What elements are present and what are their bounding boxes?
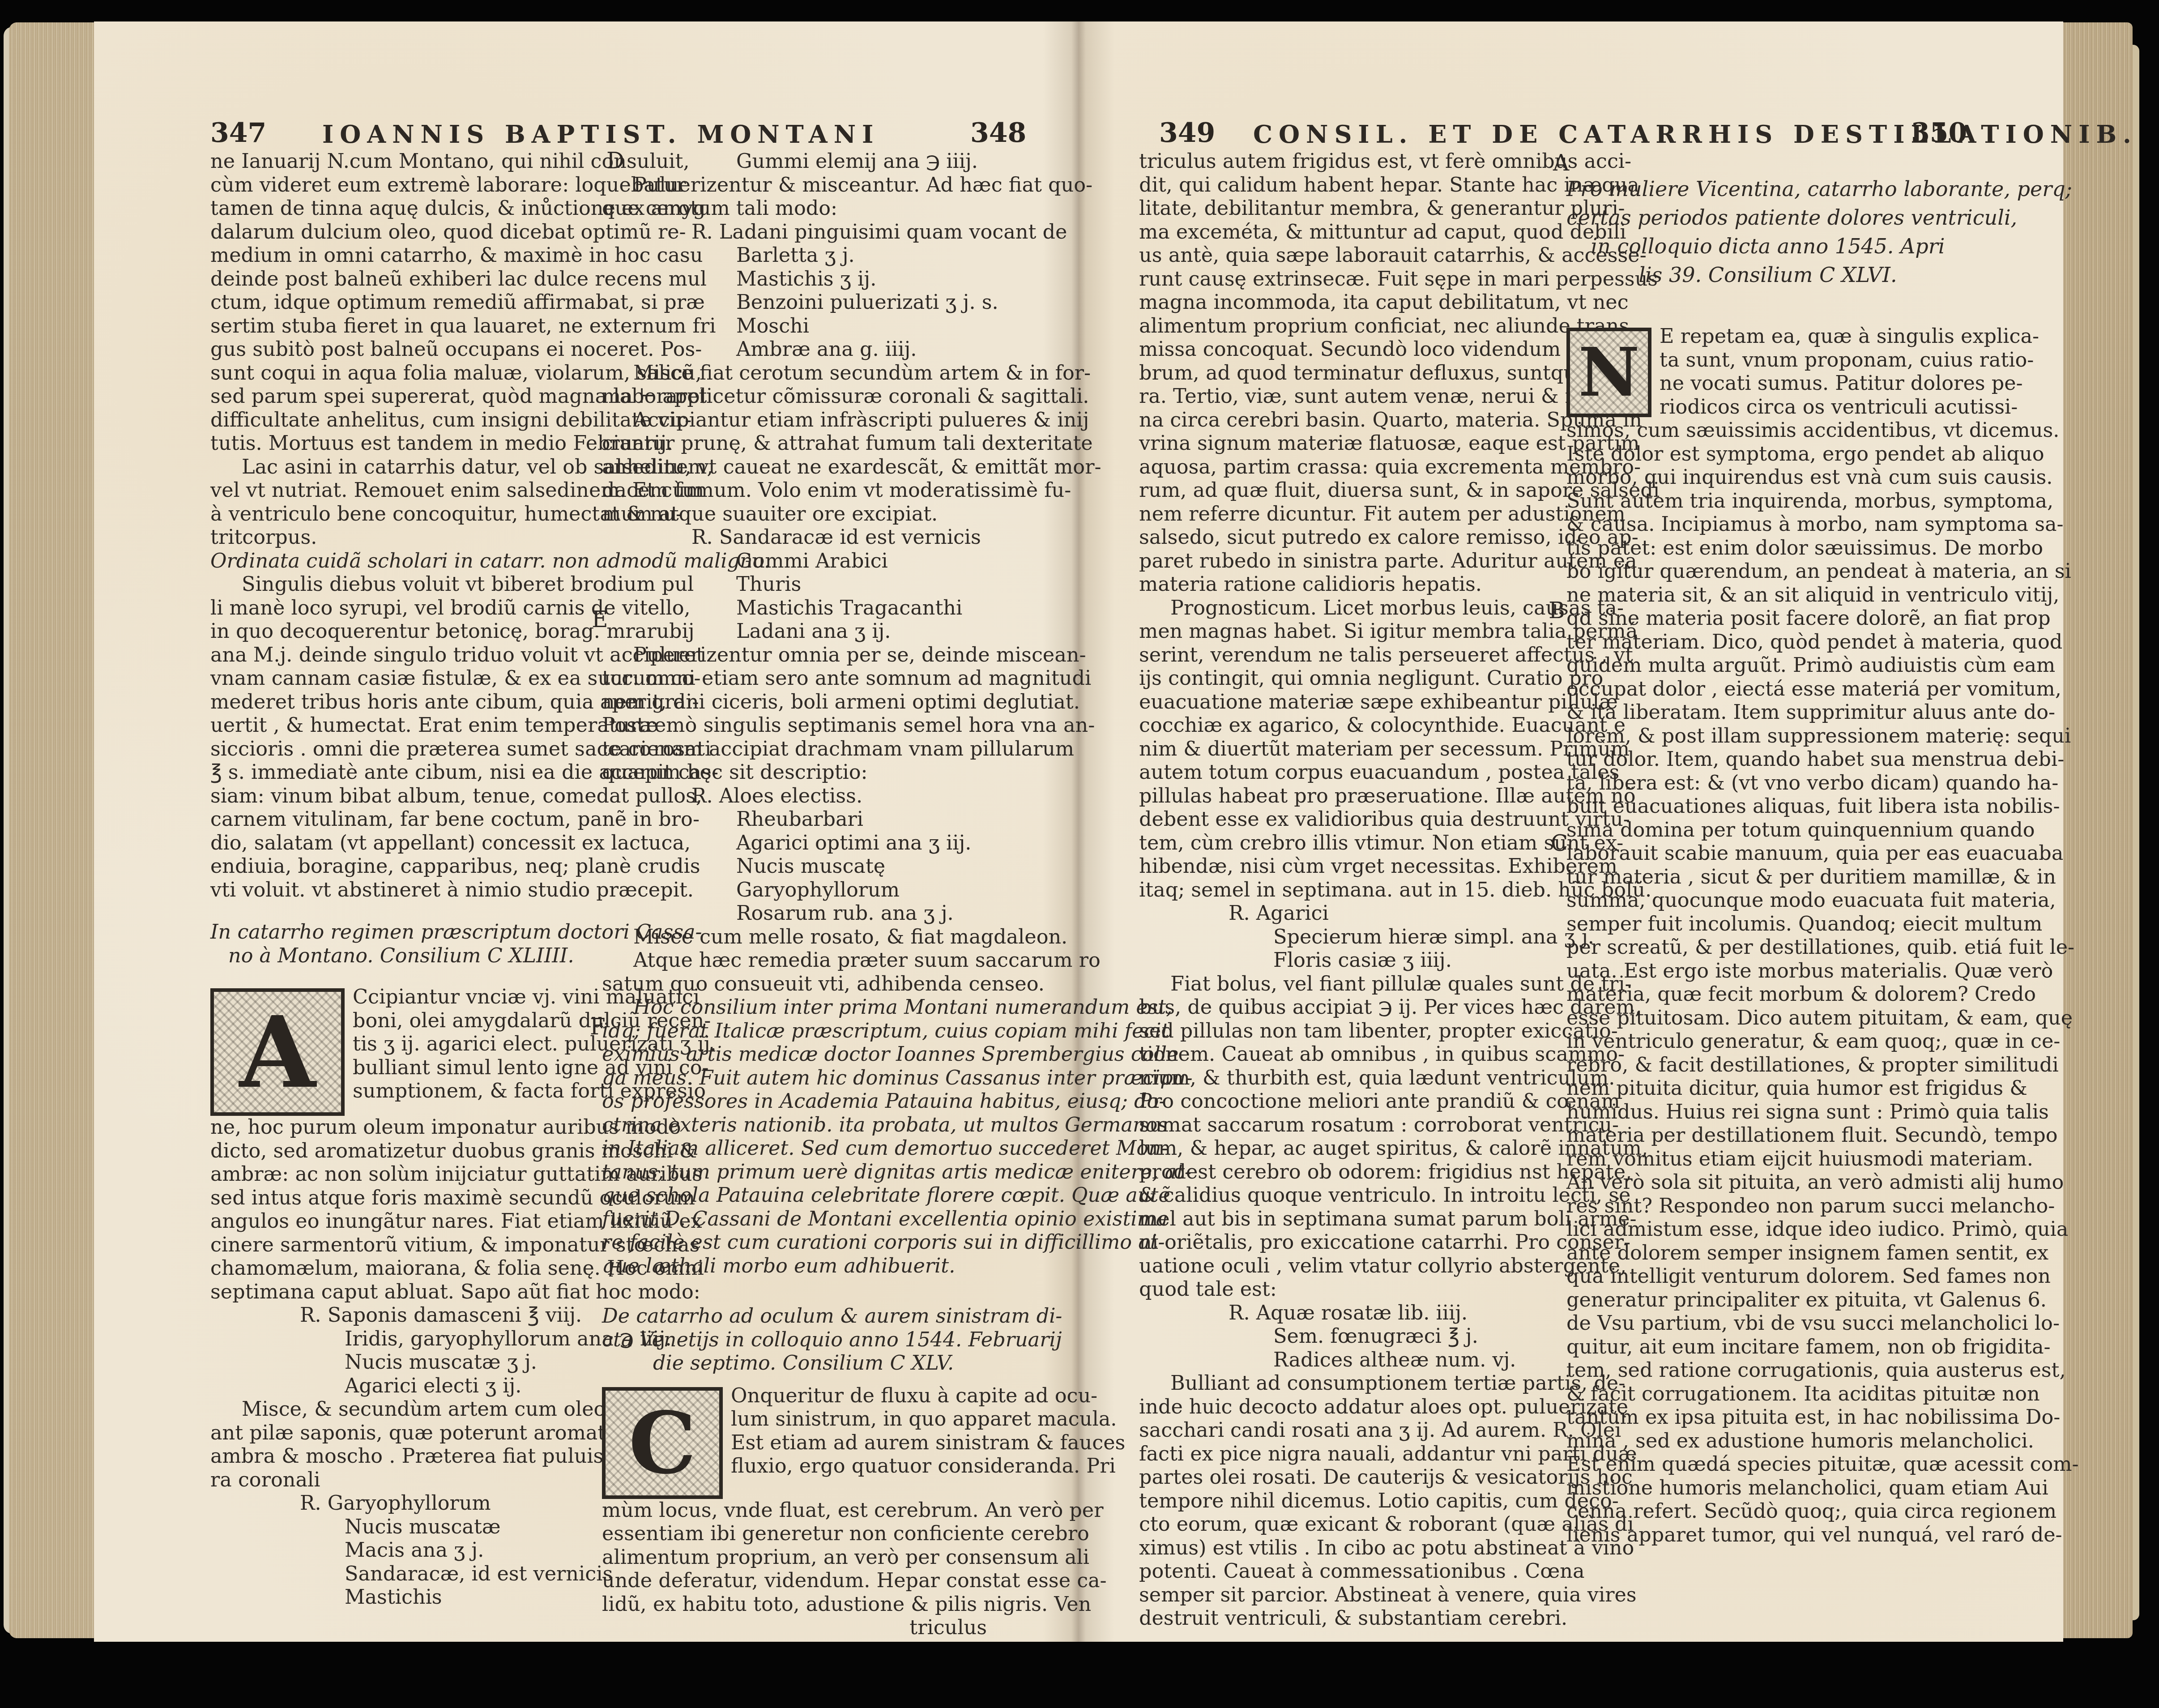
text-line: qđ sine materia posit facere dolorẽ, an … bbox=[1566, 607, 1969, 631]
text-line: litate, debilitantur membra, & generantu… bbox=[1139, 197, 1542, 221]
text-line: na circa cerebri basin. Quarto, materia.… bbox=[1139, 409, 1542, 432]
text-line: materia per destillationem fluit. Secund… bbox=[1566, 1124, 1969, 1148]
recipe-cerotum: R. Ladani pinguisimi quam vocant de Barl… bbox=[602, 221, 1005, 362]
text-line: partes olei rosati. De cauterijs & vesic… bbox=[1139, 1466, 1542, 1490]
text-line: nem pituita dicitur, quia humor est frig… bbox=[1566, 1077, 1969, 1101]
text-line: carnem vitulinam, far bene coctum, panẽ … bbox=[210, 808, 595, 832]
recipe-line: Gummi Arabici bbox=[602, 550, 1005, 573]
text-line: ante dolorem semper insignem famen senti… bbox=[1566, 1242, 1969, 1265]
text-line: de Vsu partium, vbi de vsu succi melanch… bbox=[1566, 1312, 1969, 1336]
text-line: esse pituitosam. Dico autem pituitam, & … bbox=[1566, 1007, 1969, 1030]
text-line: rem vomitus etiam eijcit huiusmodi mater… bbox=[1566, 1148, 1969, 1171]
text-line: cto eorum, quæ exicant & roborant (quæ a… bbox=[1139, 1513, 1542, 1537]
paragraph-triculus: triculus autem frigidus est, vt ferè omn… bbox=[1139, 150, 1542, 597]
text-line: os professores in Academia Patauina habi… bbox=[602, 1090, 1005, 1114]
text-line: tur dolor. Item, quando habet sua menstr… bbox=[1566, 748, 1969, 772]
heading-line: certas periodos patiente dolores ventric… bbox=[1566, 203, 1969, 232]
text-line: Misce cum melle rosato, & fiat magdaleon… bbox=[602, 926, 1005, 949]
text-line: alimentum proprium, an verò per consensu… bbox=[602, 1546, 1005, 1570]
text-line: siam: vinum bibat album, tenue, comedat … bbox=[210, 785, 595, 808]
text-line: ctum, idque optimum remediũ affirmabat, … bbox=[210, 291, 595, 315]
recipe-line: Moschi bbox=[602, 315, 1005, 338]
text-line: lici admistum esse, idque ideo iudico. P… bbox=[1566, 1218, 1969, 1242]
text-line: in Italiam alliceret. Sed cum demortuo s… bbox=[602, 1137, 1005, 1161]
text-line: medium in omni catarrho, & maximè in hoc… bbox=[210, 244, 595, 268]
consilium-144-heading: In catarrho regimen præscriptum doctori … bbox=[210, 921, 595, 968]
text-line: Bulliant ad consumptionem tertiæ partis,… bbox=[1139, 1372, 1542, 1396]
text-line: dicto, sed aromatizetur duobus granis mo… bbox=[210, 1140, 595, 1163]
recipe-puluis: R. Garyophyllorum Nucis muscatæ Macis an… bbox=[210, 1492, 595, 1610]
text-line: potenti. Caueat à commessationibus . Cœn… bbox=[1139, 1560, 1542, 1584]
text-line: inde huic decocto addatur aloes opt. pul… bbox=[1139, 1396, 1542, 1419]
text-line: dit, qui calidum habent hepar. Stante ha… bbox=[1139, 174, 1542, 197]
text-line: salsedo, sicut putredo ex calore remisso… bbox=[1139, 526, 1542, 550]
text-line: pillulas habeat pro præseruatione. Illæ … bbox=[1139, 785, 1542, 808]
text-line: nem referre dicuntur. Fit autem per adus… bbox=[1139, 503, 1542, 526]
text-line: generatur principaliter ex pituita, vt G… bbox=[1566, 1289, 1969, 1312]
text-line: Lac asini in catarrhis datur, vel ob sal… bbox=[210, 456, 595, 479]
text-line: sacchari candi rosati ana ʒ ij. Ad aurem… bbox=[1139, 1419, 1542, 1443]
recipe-line: Macis ana ʒ j. bbox=[210, 1539, 595, 1563]
text-line: sed parum spei supererat, quòd magna lab… bbox=[210, 385, 595, 409]
heading-line: Pro muliere Vicentina, catarrho laborant… bbox=[1566, 175, 1969, 203]
text-line: men magnas habet. Si igitur membra talia… bbox=[1139, 620, 1542, 644]
text-line: Prognosticum. Licet morbus leuis, causas… bbox=[1139, 597, 1542, 620]
text-line: tantùm ex ipsa pituita est, in hac nobil… bbox=[1566, 1406, 1969, 1430]
text-line: ne Ianuarij N.cum Montano, qui nihil con… bbox=[210, 150, 595, 174]
paragraph-prognosticum: Prognosticum. Licet morbus leuis, causas… bbox=[1139, 597, 1542, 902]
text-line: ana M.j. deinde singulo triduo voluit vt… bbox=[210, 644, 595, 667]
text-line: ijs contingit, qui omnia negligunt. Cura… bbox=[1139, 667, 1542, 691]
text-line: ni oriẽtalis, pro exiccatione catarrhi. … bbox=[1139, 1231, 1542, 1255]
text-line: re facilè est cum curationi corporis sui… bbox=[602, 1231, 1005, 1255]
heading-line: die septimo. Consilium C XLV. bbox=[602, 1352, 1005, 1375]
text-line: ℥ s. immediatè ante cibum, nisi ea die a… bbox=[210, 761, 595, 785]
right-page-column-2: Pro muliere Vicentina, catarrho laborant… bbox=[1566, 175, 1969, 1547]
text-line: angulos eo inungãtur nares. Fiat etiam l… bbox=[210, 1210, 595, 1234]
text-line: semper fuit incolumis. Quandoq; eiecit m… bbox=[1566, 913, 1969, 936]
text-line: mum atque suauiter ore excipiat. bbox=[602, 503, 1005, 526]
text-line: ciantur prunę, & attrahat fumum tali dex… bbox=[602, 432, 1005, 456]
catchword: triculus bbox=[602, 1616, 1005, 1640]
running-head-left: IOANNIS BAPTIST. MONTANI bbox=[322, 120, 879, 149]
text-line: nium, & thurbith est, quia lædunt ventri… bbox=[1139, 1067, 1542, 1090]
text-line: tionem. Caueat ab omnibus , in quibus sc… bbox=[1139, 1043, 1542, 1067]
text-line: paret rubedo in sinistra parte. Aduritur… bbox=[1139, 550, 1542, 573]
text-line: mel aut bis in septimana sumat parum bol… bbox=[1139, 1208, 1542, 1231]
text-line: qua intelligit venturum dolorem. Sed fam… bbox=[1566, 1265, 1969, 1289]
text-line: vrina signum materiæ flatuosæ, eaque est… bbox=[1139, 432, 1542, 456]
text-line: gus subitò post balneũ occupans ei nocer… bbox=[210, 338, 595, 362]
recipe-line: Mastichis Tragacanthi bbox=[602, 597, 1005, 620]
text-line: cùm videret eum extremè laborare: loqueb… bbox=[210, 174, 595, 197]
recipe-line: Sandaracæ, id est vernicis bbox=[210, 1563, 595, 1586]
text-line: ra. Tertio, viæ, sunt autem venæ, nerui … bbox=[1139, 385, 1542, 409]
running-head-right: CONSIL. ET DE CATARRHIS DESTILLATIONIB. bbox=[1253, 120, 2138, 149]
text-line: buit euacuationes aliquas, fuit libera i… bbox=[1566, 795, 1969, 819]
recipe-line: Ambræ ana g. iiij. bbox=[602, 338, 1005, 362]
paragraph-bulliant: Bulliant ad consumptionem tertiæ partis,… bbox=[1139, 1372, 1542, 1631]
text-line: deinde post balneũ exhiberi lac dulce re… bbox=[210, 268, 595, 291]
recipe-line: R. Agarici bbox=[1139, 902, 1542, 926]
text-line: cocchiæ ex agarico, & colocynthide. Euac… bbox=[1139, 714, 1542, 738]
text-line: uatione oculi , velim vtatur collyrio ab… bbox=[1139, 1255, 1542, 1278]
text-line: ga meus. Fuit autem hic dominus Cassanus… bbox=[602, 1067, 1005, 1090]
text-line: dio, salatam (vt appellant) concessit ex… bbox=[210, 832, 595, 855]
text-line: ter materiam. Dico, quòd pendet à materi… bbox=[1566, 631, 1969, 654]
page-number-349: 349 bbox=[1159, 117, 1215, 149]
text-line: tis patet: est enim dolor sæuissimus. De… bbox=[1566, 537, 1969, 560]
text-line: destruit ventriculi, & substantiam cereb… bbox=[1139, 1607, 1542, 1631]
text-line: tritcorpus. bbox=[210, 526, 595, 550]
text-line: euacuatione materiæ sæpe exhibeantur pil… bbox=[1139, 691, 1542, 714]
recipe-line: Rheubarbari bbox=[602, 808, 1005, 832]
text-line: te cœnam accipiat drachmam vnam pillular… bbox=[602, 738, 1005, 761]
recipe-line: Benzoini puluerizati ʒ j. s. bbox=[602, 291, 1005, 315]
text-line: quarum hęc sit descriptio: bbox=[602, 761, 1005, 785]
consilium-145-heading: De catarrho ad oculum & aurem sinistram … bbox=[602, 1305, 1005, 1375]
text-line: cenna refert. Secũdò quoq;, quia circa r… bbox=[1566, 1500, 1969, 1524]
text-line: ximus) est vtilis . In cibo ac potu abst… bbox=[1139, 1537, 1542, 1560]
text-line: An verò sola sit pituita, an verò admist… bbox=[1566, 1171, 1969, 1195]
text-line: tutis. Mortuus est tandem in medio Febru… bbox=[210, 432, 595, 456]
recipe-line: Mastichis ʒ ij. bbox=[602, 268, 1005, 291]
text-line: ctrina exteris nationib. ita probata, ut… bbox=[602, 1114, 1005, 1137]
text-line: à ventriculo bene concoquitur, humectat … bbox=[210, 503, 595, 526]
text-line: tur: omni etiam sero ante somnum ad magn… bbox=[602, 667, 1005, 691]
heading-line: in colloquio dicta anno 1545. Apri bbox=[1566, 232, 1969, 260]
text-line: siccioris . omni die præterea sumet sacc… bbox=[210, 738, 595, 761]
text-line: ma exceméta, & mittuntur ad caput, quod … bbox=[1139, 221, 1542, 244]
text-line: tem, cùm crebro illis vtimur. Non etiam … bbox=[1139, 832, 1542, 855]
editor-note-cassanus: Hoc consilium inter prima Montani numera… bbox=[602, 996, 1005, 1278]
recipe-line: R. Aloes electiss. bbox=[602, 785, 1005, 808]
left-page-column-2: Gummi elemij ana ℈ iiij. Puluerizentur &… bbox=[602, 150, 1005, 1640]
text-line: lum, & hepar, ac auget spiritus, & calor… bbox=[1139, 1137, 1542, 1161]
text-line: simos, cum sæuissimis accidentibus, vt d… bbox=[1566, 419, 1969, 443]
text-line: satum quo consueuit vti, adhibenda cense… bbox=[602, 973, 1005, 996]
text-line: ta, libera est: & (vt vno verbo dicam) q… bbox=[1566, 772, 1969, 795]
consilium-146-heading: Pro muliere Vicentina, catarrho laborant… bbox=[1566, 175, 1969, 289]
text-line: lorem, & post illam suppressionem materi… bbox=[1566, 725, 1969, 748]
text-line: ne materia sit, & an sit aliquid in vent… bbox=[1566, 584, 1969, 607]
text-line: tanus, tum primum uerè dignitas artis me… bbox=[602, 1161, 1005, 1184]
text-line: tempore nihil dicemus. Lotio capitis, cu… bbox=[1139, 1490, 1542, 1513]
text-line: sed pillulas non tam libenter, propter e… bbox=[1139, 1020, 1542, 1043]
text-line: mina , sed ex adustione humoris melancho… bbox=[1566, 1430, 1969, 1453]
text-line: vnam cannam casiæ fistulæ, & ex ea succu… bbox=[210, 667, 595, 691]
text-line: Est enim quædá species pituitæ, quæ aces… bbox=[1566, 1453, 1969, 1477]
text-line: chamomælum, maiorana, & folia senę. Hoc … bbox=[210, 1257, 595, 1281]
text-line: quitur, ait eum incitare famem, non ob f… bbox=[1566, 1336, 1969, 1359]
text-line: Accipiantur etiam infràscripti pulueres … bbox=[602, 409, 1005, 432]
text-line: Puluerizentur & misceantur. Ad hæc fiat … bbox=[602, 174, 1005, 197]
decorated-initial-n: N bbox=[1566, 328, 1651, 417]
page-stack-right bbox=[2059, 22, 2133, 1638]
text-line: sunt coqui in aqua folia maluæ, violarum… bbox=[210, 362, 595, 385]
recipe-line: Nucis muscatæ ʒ j. bbox=[210, 1351, 595, 1375]
text-line: Singulis diebus voluit vt biberet brodiu… bbox=[210, 573, 595, 597]
recipe-line: Garyophyllorum bbox=[602, 879, 1005, 902]
text-line: humidus. Huius rei signa sunt : Primò qu… bbox=[1566, 1101, 1969, 1124]
decorated-initial-c: C bbox=[602, 1387, 723, 1499]
paragraph-singulis: Singulis diebus voluit vt biberet brodiu… bbox=[210, 573, 595, 902]
recipe-line: Nucis muscatæ bbox=[210, 1516, 595, 1539]
recipe-line: Iridis, garyophyllorum ana ℈ iiij. bbox=[210, 1328, 595, 1351]
text-line: missa concoquat. Secundò loco videndum m… bbox=[1139, 338, 1542, 362]
text-line: autem totum corpus euacuandum , postea t… bbox=[1139, 761, 1542, 785]
text-line: sumat saccarum rosatum : corroborat vent… bbox=[1139, 1114, 1542, 1137]
text-line: endiuia, boragine, capparibus, neq; plan… bbox=[210, 855, 595, 879]
text-line: ne, hoc purum oleum imponatur auribus mo… bbox=[210, 1116, 595, 1140]
text-line: per screatũ, & per destillationes, quib.… bbox=[1566, 936, 1969, 960]
page-stack-left bbox=[9, 22, 101, 1638]
text-line: us antè, quia sæpe laborauit catarrhis, … bbox=[1139, 244, 1542, 268]
text-line: uertit , & humectat. Erat enim temperatu… bbox=[210, 714, 595, 738]
text-line: idq; fuerat Italicæ præscriptum, cuius c… bbox=[602, 1020, 1005, 1043]
text-line: sima domina per totum quinquennium quand… bbox=[1566, 819, 1969, 842]
recipe-line: R. Aquæ rosatæ lib. iiij. bbox=[1139, 1302, 1542, 1325]
text-line: mederet tribus horis ante cibum, quia ap… bbox=[210, 691, 595, 714]
heading-line: In catarrho regimen præscriptum doctori … bbox=[210, 921, 595, 944]
text-line: dacem fumum. Volo enim vt moderatissimè … bbox=[602, 479, 1005, 503]
text-line: lidũ, ex habitu toto, adustione & pilis … bbox=[602, 1593, 1005, 1617]
recipe-line: Thuris bbox=[602, 573, 1005, 597]
text-line: triculus autem frigidus est, vt ferè omn… bbox=[1139, 150, 1542, 174]
text-line: materia ratione calidioris hepatis. bbox=[1139, 573, 1542, 597]
text-line: cinere sarmentorũ vitium, & imponatur st… bbox=[210, 1234, 595, 1257]
text-line: runt causę extrinsecæ. Fuit sępe in mari… bbox=[1139, 268, 1542, 291]
subheading-ordinata: Ordinata cuidã scholari in catarr. non a… bbox=[210, 550, 595, 573]
text-line: Atque hæc remedia præter suum saccarum r… bbox=[602, 949, 1005, 973]
recipe-line: Agarici optimi ana ʒ iij. bbox=[602, 832, 1005, 855]
text-line: unde deferatur, videndum. Hepar constat … bbox=[602, 1569, 1005, 1593]
recipe-line: Sem. fœnugræci ℥ j. bbox=[1139, 1325, 1542, 1349]
recipe-line: Floris casiæ ʒ iiij. bbox=[1139, 949, 1542, 973]
text-line: itaq; semel in septimana. aut in 15. die… bbox=[1139, 879, 1542, 902]
text-line: hibendæ, nisi cùm vrget necessitas. Exhi… bbox=[1139, 855, 1542, 879]
text-line: vel vt nutriat. Remouet enim salsedinem.… bbox=[210, 479, 595, 503]
text-line: que læthali morbo eum adhibuerit. bbox=[602, 1255, 1005, 1278]
text-line: septimana caput abluat. Sapo aũt fiat ho… bbox=[210, 1281, 595, 1304]
text-line: facti ex pice nigra nauali, addantur vni… bbox=[1139, 1443, 1542, 1466]
recipe-line: R. Saponis damasceni ℥ viij. bbox=[210, 1304, 595, 1328]
text-line: Pro concoctione meliori ante prandiũ & c… bbox=[1139, 1090, 1542, 1114]
text-line: Sunt autem tria inquirenda, morbus, symp… bbox=[1566, 490, 1969, 513]
text-line: tur materia , sicut & per duritiem mamil… bbox=[1566, 866, 1969, 889]
text-line: summa, quocunque modo euacuata fuit mate… bbox=[1566, 889, 1969, 913]
text-line: prodest cerebro ob odorem: frigidius nst… bbox=[1139, 1161, 1542, 1184]
text-line: ambræ: ac non solùm inijciatur guttatim … bbox=[210, 1163, 595, 1187]
text-line: serint, verendum ne talis perseueret aff… bbox=[1139, 644, 1542, 667]
text-line: que schola Patauina celebritate florere … bbox=[602, 1184, 1005, 1208]
heading-line: cta Venetijs in colloquio anno 1544. Feb… bbox=[602, 1328, 1005, 1352]
text-line: in ventriculo generatur, & eam quoq;, qu… bbox=[1566, 1030, 1969, 1054]
text-line: eximius artis medicæ doctor Ioannes Spre… bbox=[602, 1043, 1005, 1067]
paragraph-misce: Misce, & secundùm artem cum oleo bẽzoino… bbox=[210, 1398, 595, 1492]
text-line: & ita liberatam. Item supprimitur aluus … bbox=[1566, 701, 1969, 725]
text-line: magna incommoda, ita caput debilitatum, … bbox=[1139, 291, 1542, 315]
consilium-145-body: C Onqueritur de fluxu à capite ad ocu- l… bbox=[602, 1384, 1005, 1640]
recipe-line: R. Ladani pinguisimi quam vocant de bbox=[602, 221, 1005, 244]
text-line: anhelitu, vt caueat ne exardescãt, & emi… bbox=[602, 456, 1005, 479]
text-line: tem, sed ratione corrugationis, quia aus… bbox=[1566, 1359, 1969, 1383]
text-line: Misce, & secundùm artem cum oleo bẽzoino… bbox=[210, 1398, 595, 1422]
recipe-bolus: R. Agarici Specierum hieræ simpl. ana ʒ … bbox=[1139, 902, 1542, 973]
text-line: & calidius quoque ventriculo. In introit… bbox=[1139, 1184, 1542, 1208]
text-line: nim & diuertũt materiam per secessum. Pr… bbox=[1139, 738, 1542, 761]
heading-line: lis 39. Consilium C XLVI. bbox=[1566, 260, 1969, 289]
text-line: & facit corrugationem. Ita aciditas pitu… bbox=[1566, 1383, 1969, 1406]
page-number-347: 347 bbox=[210, 117, 266, 149]
text-line: ambra & moscho . Præterea fiat puluis pr… bbox=[210, 1445, 595, 1469]
text-line: Postremò singulis septimanis semel hora … bbox=[602, 714, 1005, 738]
text-line: mistione humoris melancholici, quam etia… bbox=[1566, 1477, 1969, 1500]
recipe-line: Ladani ana ʒ ij. bbox=[602, 620, 1005, 644]
recipe-line: Mastichis bbox=[210, 1586, 595, 1610]
left-page-column-1: ne Ianuarij N.cum Montano, qui nihil con… bbox=[210, 150, 595, 1610]
right-page-column-1: triculus autem frigidus est, vt ferè omn… bbox=[1139, 150, 1542, 1631]
recipe-line: Rosarum rub. ana ʒ j. bbox=[602, 902, 1005, 926]
text-line: Misce fiat cerotum secundùm artem & in f… bbox=[602, 362, 1005, 385]
paragraph-puluerizentur: Puluerizentur omnia per se, deinde misce… bbox=[602, 644, 1005, 785]
consilium-144-body: A Ccipiantur vnciæ vj. vini maluatici bo… bbox=[210, 986, 595, 1304]
text-line: in quo decoquerentur betonicę, borag. mr… bbox=[210, 620, 595, 644]
recipe-line: R. Garyophyllorum bbox=[210, 1492, 595, 1516]
text-line: li manè loco syrupi, vel brodiũ carnis d… bbox=[210, 597, 595, 620]
recipe-fumus: R. Sandaracæ id est vernicis Gummi Arabi… bbox=[602, 526, 1005, 644]
paragraph-misce-cerotum: Misce fiat cerotum secundùm artem & in f… bbox=[602, 362, 1005, 526]
recipe-line: Radices altheæ num. vj. bbox=[1139, 1349, 1542, 1372]
recipe-line: R. Sandaracæ id est vernicis bbox=[602, 526, 1005, 550]
text-line: sed intus atque foris maximè secundũ ocu… bbox=[210, 1187, 595, 1210]
text-line: Fiat bolus, vel fiant pillulæ quales sun… bbox=[1139, 973, 1542, 996]
paragraph-ianuarij: ne Ianuarij N.cum Montano, qui nihil con… bbox=[210, 150, 595, 456]
paragraph-lac-asini: Lac asini in catarrhis datur, vel ob sal… bbox=[210, 456, 595, 550]
recipe-line: Nucis muscatę bbox=[602, 855, 1005, 879]
text-line: que cerotum tali modo: bbox=[602, 197, 1005, 221]
text-line: materia, quæ fecit morbum & dolorem? Cre… bbox=[1566, 983, 1969, 1007]
text-line: uata. Est ergo iste morbus materialis. Q… bbox=[1566, 960, 1969, 983]
text-line: lienis apparet tumor, qui vel nunquá, ve… bbox=[1566, 1524, 1969, 1547]
text-line: quod tale est: bbox=[1139, 1278, 1542, 1302]
recipe-line: Barletta ʒ j. bbox=[602, 244, 1005, 268]
recipe-line: Agarici electi ʒ ij. bbox=[210, 1375, 595, 1398]
paragraph-fiat-bolus: Fiat bolus, vel fiant pillulæ quales sun… bbox=[1139, 973, 1542, 1302]
text-line: ma ⊢ applicetur cõmissuræ coronali & sag… bbox=[602, 385, 1005, 409]
consilium-146-body: N E repetam ea, quæ à singulis explica- … bbox=[1566, 325, 1969, 1547]
decorated-initial-a: A bbox=[210, 988, 345, 1116]
text-line: ant pilæ saponis, quæ poterunt aromatiza… bbox=[210, 1422, 595, 1445]
text-line: tamen de tinna aquę dulcis, & inůctione … bbox=[210, 197, 595, 221]
text-line: nem grani ciceris, boli armeni optimi de… bbox=[602, 691, 1005, 714]
text-line: bus, de quibus accipiat ℈ ij. Per vices … bbox=[1139, 996, 1542, 1020]
text-line: quidem multa arguũt. Primò audiuistis cù… bbox=[1566, 654, 1969, 678]
recipe-pillulae: R. Aloes electiss. Rheubarbari Agarici o… bbox=[602, 785, 1005, 926]
text-line: difficultate anhelitus, cum insigni debi… bbox=[210, 409, 595, 432]
text-line: debent esse ex validioribus quia destruu… bbox=[1139, 808, 1542, 832]
text-line: sertim stuba fieret in qua lauaret, ne e… bbox=[210, 315, 595, 338]
text-line: rebro, & facit destillationes, & propter… bbox=[1566, 1054, 1969, 1077]
recipe-collyrium: R. Aquæ rosatæ lib. iiij. Sem. fœnugræci… bbox=[1139, 1302, 1542, 1372]
text-line: dalarum dulcium oleo, quod dicebat optim… bbox=[210, 221, 595, 244]
recipe-line: Gummi elemij ana ℈ iiij. bbox=[602, 150, 1005, 174]
text-line: brum, ad quod terminatur defluxus, suntq… bbox=[1139, 362, 1542, 385]
recipe-sapo: R. Saponis damasceni ℥ viij. Iridis, gar… bbox=[210, 1304, 595, 1398]
text-line: Puluerizentur omnia per se, deinde misce… bbox=[602, 644, 1005, 667]
text-line: bo igitur quærendum, an pendeat à materi… bbox=[1566, 560, 1969, 584]
text-line: laborauit scabie manuum, quia per eas eu… bbox=[1566, 842, 1969, 866]
text-line: alimentum proprium conficiat, nec aliund… bbox=[1139, 315, 1542, 338]
heading-line: De catarrho ad oculum & aurem sinistram … bbox=[602, 1305, 1005, 1328]
heading-line: no à Montano. Consilium C XLIIII. bbox=[210, 944, 595, 968]
text-line: essentiam ibi generetur non conficiente … bbox=[602, 1522, 1005, 1546]
text-line: rum, ad quæ fluit, diuersa sunt, & in sa… bbox=[1139, 479, 1542, 503]
page-number-350: 350 bbox=[1911, 117, 1967, 149]
text-line: Hoc consilium inter prima Montani numera… bbox=[602, 996, 1005, 1020]
text-line: morbo, qui inquirendus est vnà cum suis … bbox=[1566, 466, 1969, 490]
paragraph-magdaleon: Misce cum melle rosato, & fiat magdaleon… bbox=[602, 926, 1005, 996]
text-line: occupat dolor , eiectá esse materiá per … bbox=[1566, 678, 1969, 701]
text-line: semper sit parcior. Abstineat à venere, … bbox=[1139, 1584, 1542, 1607]
text-line: & causa. Incipiamus à morbo, nam symptom… bbox=[1566, 513, 1969, 537]
text-line: aquosa, partim crassa: quia excrementa m… bbox=[1139, 456, 1542, 479]
text-line: Iste dolor est symptoma, ergo pendet ab … bbox=[1566, 443, 1969, 466]
text-line: vti voluit. vt abstineret à nimio studio… bbox=[210, 879, 595, 902]
recipe-line: Specierum hieræ simpl. ana ʒ j. bbox=[1139, 926, 1542, 949]
text-line: fuerit D. Cassani de Montani excellentia… bbox=[602, 1208, 1005, 1231]
text-line: ra coronali bbox=[210, 1469, 595, 1492]
text-line: res sint? Respondeo non parum succi mela… bbox=[1566, 1195, 1969, 1218]
page-number-348: 348 bbox=[970, 117, 1026, 149]
text-line: mùm locus, vnde fluat, est cerebrum. An … bbox=[602, 1499, 1005, 1523]
